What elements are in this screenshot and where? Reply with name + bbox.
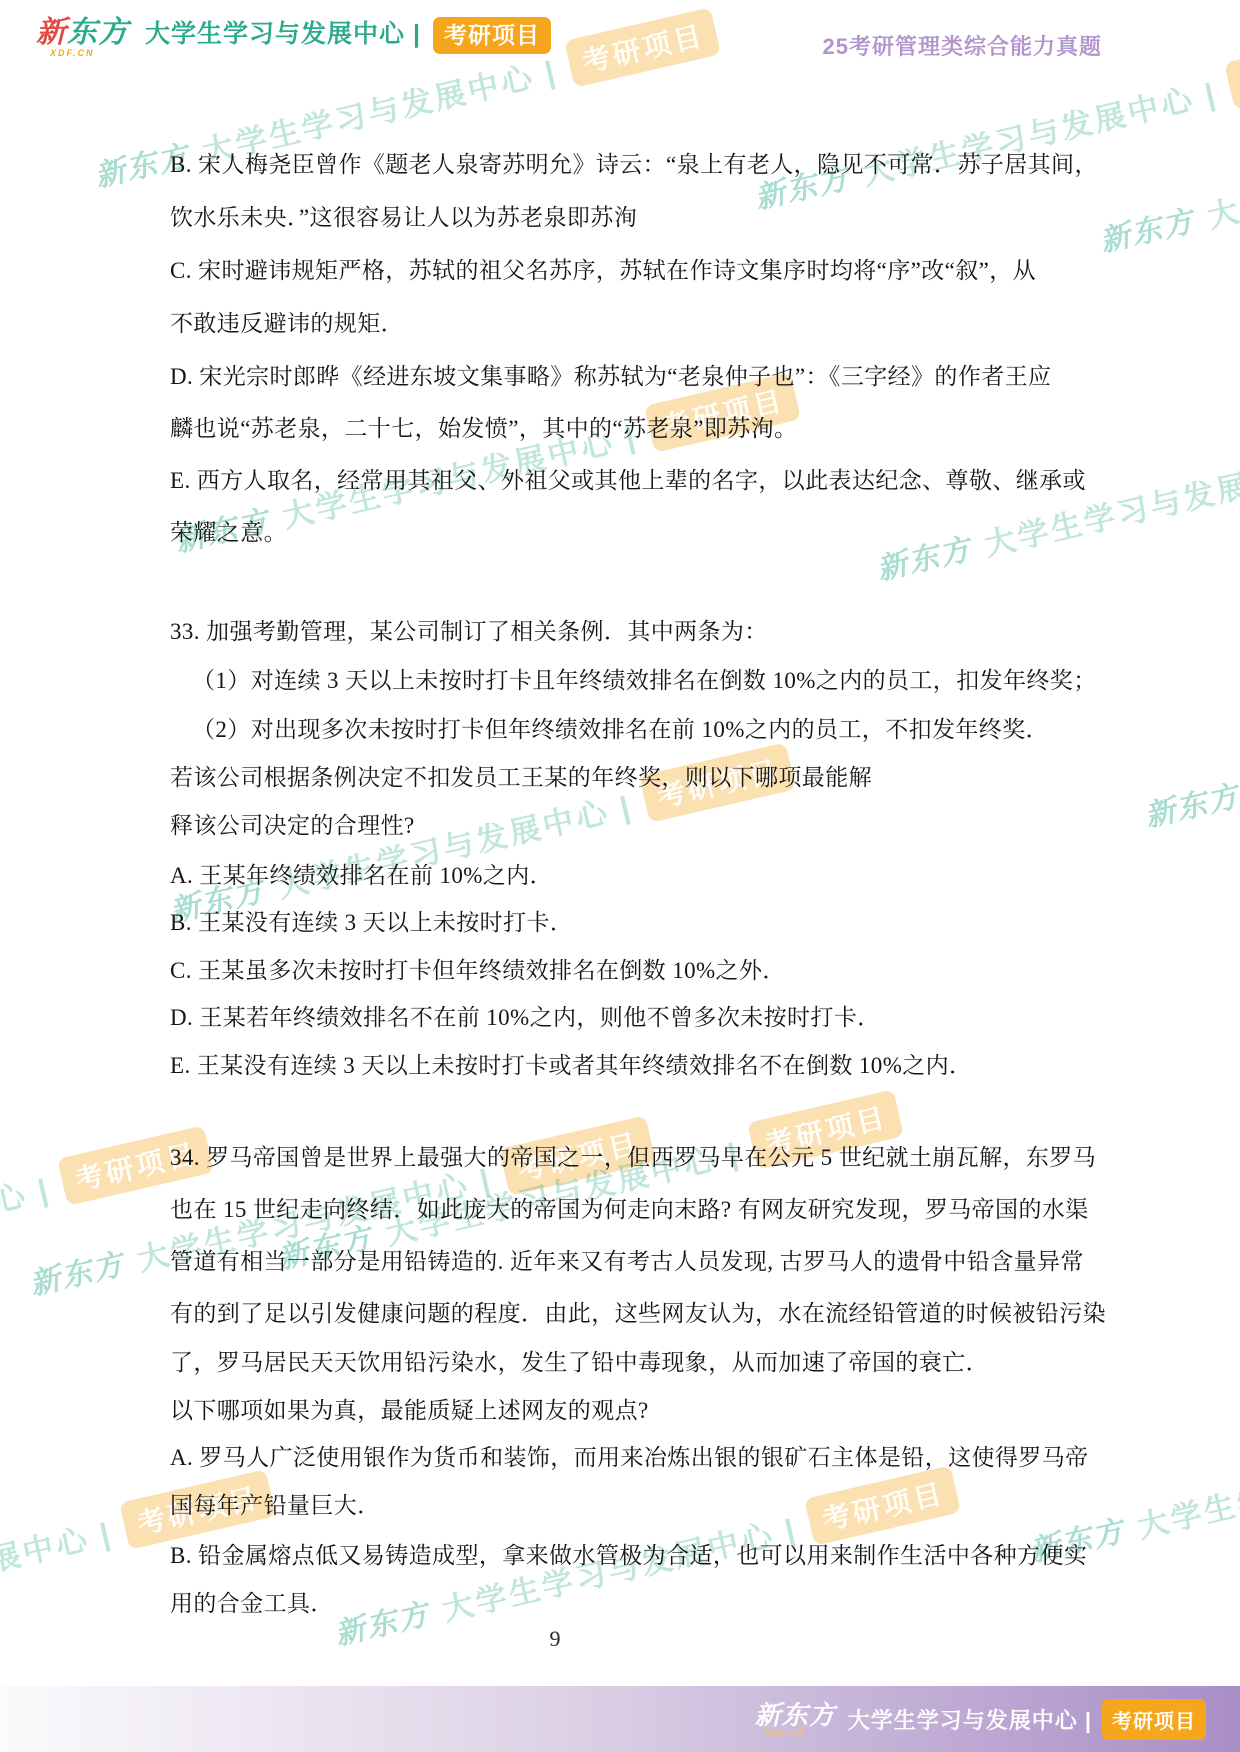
text-line: E. 西方人取名，经常用其祖父、外祖父或其他上辈的名字，以此表达纪念、尊敬、继承… bbox=[170, 462, 1086, 495]
text-line: 若该公司根据条例决定不扣发员工王某的年终奖，则以下哪项最能解 bbox=[170, 759, 872, 792]
text-line: D. 宋光宗时郎晔《经进东坡文集事略》称苏轼为“老泉仲子也”：《三字经》的作者王… bbox=[170, 358, 1051, 391]
header-kaoyan-badge: 考研项目 bbox=[433, 17, 551, 54]
text-line: 了，罗马居民天天饮用铅污染水，发生了铅中毒现象，从而加速了帝国的衰亡． bbox=[170, 1344, 989, 1377]
text-line: 33. 加强考勤管理，某公司制订了相关条例．其中两条为： bbox=[170, 613, 768, 646]
new-oriental-logo: 新东方 XDF.CN bbox=[36, 14, 129, 58]
text-line: A. 罗马人广泛使用银作为货币和装饰，而用来冶炼出银的银矿石主体是铅，这使得罗马… bbox=[170, 1439, 1089, 1472]
page-header: 新东方 XDF.CN 大学生学习与发展中心 | 考研项目 25考研管理类综合能力… bbox=[0, 0, 1240, 70]
page-number: 9 bbox=[0, 1626, 1110, 1652]
text-line: 管道有相当一部分是用铅铸造的. 近年来又有考古人员发现, 古罗马人的遗骨中铅含量… bbox=[170, 1243, 1084, 1276]
text-line: D. 王某若年终绩效排名不在前 10%之内，则他不曾多次未按时打卡． bbox=[170, 999, 881, 1032]
text-line: A. 王某年终绩效排名在前 10%之内． bbox=[170, 857, 553, 890]
text-line: 用的合金工具． bbox=[170, 1585, 334, 1618]
logo-xdfcn-text: XDF.CN bbox=[50, 49, 129, 58]
footer-logo-xdfcn: XDF.CN bbox=[765, 1729, 836, 1737]
brand-header: 新东方 XDF.CN 大学生学习与发展中心 | 考研项目 bbox=[36, 14, 551, 58]
text-line: 释该公司决定的合理性? bbox=[170, 807, 415, 840]
exam-content: B. 宋人梅尧臣曾作《题老人泉寄苏明允》诗云：“泉上有老人，隐见不可常．苏子居其… bbox=[0, 0, 1240, 1752]
text-line: 不敢违反避讳的规矩． bbox=[170, 305, 404, 338]
footer-kaoyan-badge: 考研项目 bbox=[1102, 1699, 1206, 1740]
page-footer: 新东方 XDF.CN 大学生学习与发展中心 | 考研项目 bbox=[0, 1686, 1240, 1752]
text-line: 国每年产铅量巨大． bbox=[170, 1487, 381, 1520]
footer-logo-text: 新东方 bbox=[755, 1700, 836, 1730]
text-line: B. 王某没有连续 3 天以上未按时打卡． bbox=[170, 904, 573, 937]
text-line: 以下哪项如果为真，最能质疑上述网友的观点? bbox=[170, 1392, 649, 1425]
text-line: （2）对出现多次未按时打卡但年终绩效排名在前 10%之内的员工，不扣发年终奖． bbox=[192, 711, 1049, 744]
text-line: 饮水乐未央．”这很容易让人以为苏老泉即苏洵 bbox=[170, 199, 637, 232]
exam-title: 25考研管理类综合能力真题 bbox=[823, 30, 1102, 61]
logo-dongfang: 东方 bbox=[67, 16, 129, 49]
header-center-text: 大学生学习与发展中心 | bbox=[145, 14, 421, 54]
text-line: 有的到了足以引发健康问题的程度．由此，这些网友认为，水在流经铅管道的时候被铅污染 bbox=[170, 1295, 1106, 1328]
exam-page: 新东方大学生学习与发展中心 |考研项目新东方大学生学习与发展中心 |考研项目新东… bbox=[0, 0, 1240, 1752]
footer-new-oriental-logo: 新东方 XDF.CN bbox=[755, 1702, 836, 1737]
text-line: （1）对连续 3 天以上未按时打卡且年终绩效排名在倒数 10%之内的员工，扣发年… bbox=[192, 662, 1097, 695]
text-line: 也在 15 世纪走向终结．如此庞大的帝国为何走向末路? 有网友研究发现，罗马帝国… bbox=[170, 1191, 1089, 1224]
text-line: 麟也说“苏老泉，二十七，始发愤”，其中的“苏老泉”即苏洵。 bbox=[170, 410, 797, 443]
text-line: C. 王某虽多次未按时打卡但年终绩效排名在倒数 10%之外． bbox=[170, 952, 786, 985]
logo-xin: 新 bbox=[36, 16, 67, 49]
footer-center-text: 大学生学习与发展中心 | bbox=[848, 1704, 1092, 1735]
text-line: E. 王某没有连续 3 天以上未按时打卡或者其年终绩效排名不在倒数 10%之内． bbox=[170, 1047, 972, 1080]
text-line: C. 宋时避讳规矩严格，苏轼的祖父名苏序，苏轼在作诗文集序时均将“序”改“叙”，… bbox=[170, 252, 1036, 285]
text-line: 34. 罗马帝国曾是世界上最强大的帝国之一，但西罗马早在公元 5 世纪就土崩瓦解… bbox=[170, 1139, 1096, 1172]
text-line: B. 宋人梅尧臣曾作《题老人泉寄苏明允》诗云：“泉上有老人，隐见不可常．苏子居其… bbox=[170, 146, 1098, 179]
text-line: 荣耀之意。 bbox=[170, 514, 287, 547]
text-line: B. 铅金属熔点低又易铸造成型，拿来做水管极为合适，也可以用来制作生活中各种方便… bbox=[170, 1537, 1087, 1570]
